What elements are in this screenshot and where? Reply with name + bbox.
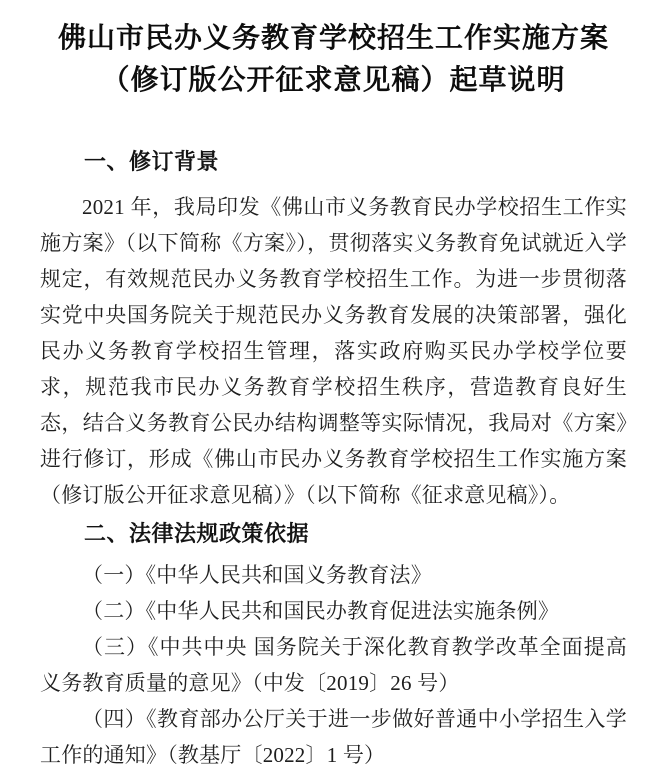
legal-reference-item-1: （一）《中华人民共和国义务教育法》 xyxy=(40,557,627,593)
document-title-line-2: （修订版公开征求意见稿）起草说明 xyxy=(40,60,627,102)
document-page: 佛山市民办义务教育学校招生工作实施方案 （修订版公开征求意见稿）起草说明 一、修… xyxy=(0,0,665,769)
legal-reference-item-3: （三）《中共中央 国务院关于深化教育教学改革全面提高义务教育质量的意见》（中发〔… xyxy=(40,629,627,701)
legal-reference-list: （一）《中华人民共和国义务教育法》 （二）《中华人民共和国民办教育促进法实施条例… xyxy=(40,557,627,769)
document-title: 佛山市民办义务教育学校招生工作实施方案 （修订版公开征求意见稿）起草说明 xyxy=(40,18,627,102)
section-heading-legal-basis: 二、法律法规政策依据 xyxy=(40,520,627,548)
legal-reference-item-2: （二）《中华人民共和国民办教育促进法实施条例》 xyxy=(40,593,627,629)
section-heading-revision-background: 一、修订背景 xyxy=(40,148,627,176)
document-title-line-1: 佛山市民办义务教育学校招生工作实施方案 xyxy=(40,18,627,60)
legal-reference-item-4: （四）《教育部办公厅关于进一步做好普通中小学招生入学工作的通知》（教基厅〔202… xyxy=(40,701,627,769)
document-body: 一、修订背景 2021 年，我局印发《佛山市义务教育民办学校招生工作实施方案》（… xyxy=(40,148,627,769)
paragraph-revision-background: 2021 年，我局印发《佛山市义务教育民办学校招生工作实施方案》（以下简称《方案… xyxy=(40,189,627,513)
